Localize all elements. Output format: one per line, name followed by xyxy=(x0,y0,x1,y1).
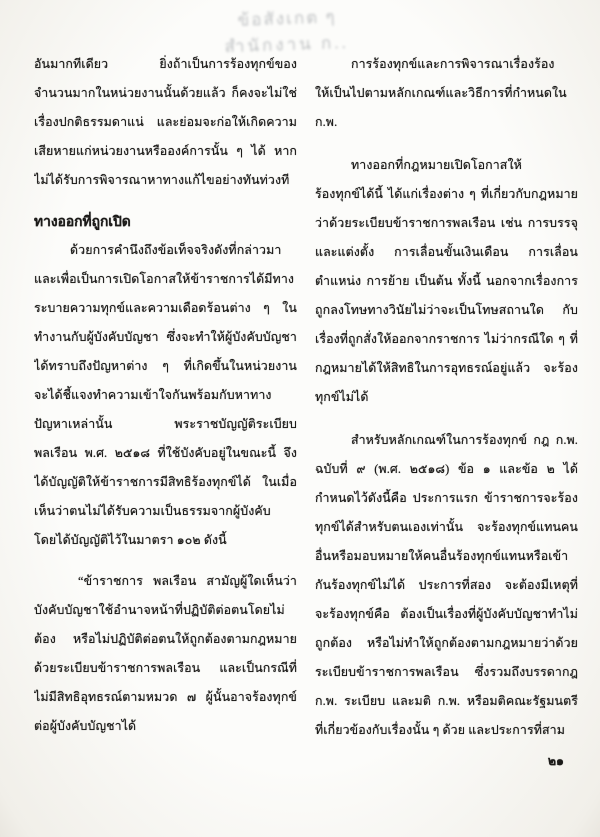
text-line: ไม่มีสิทธิอุทธรณ์ตามหมวด ๗ ผู้นั้นอาจร้อ… xyxy=(34,683,297,712)
text-line: ให้เป็นไปตามหลักเกณฑ์และวิธีการที่กำหนดใ… xyxy=(315,79,578,108)
text-line: ตำแหน่ง การย้าย เป็นต้น ทั้งนี้ นอกจากเร… xyxy=(315,267,578,296)
text-line: กันร้องทุกข์ไม่ได้ ประการที่สอง จะต้องมี… xyxy=(315,571,578,600)
text-line: เรื่องปกติธรรมดาแน่ และย่อมจะก่อให้เกิดค… xyxy=(34,108,297,137)
text-line: บังคับบัญชาใช้อำนาจหน้าที่ปฏิบัติต่อตนโด… xyxy=(34,596,297,625)
text-line: ที่เกี่ยวข้องกับเรื่องนั้น ๆ ด้วย และประ… xyxy=(315,716,578,745)
text-line: อันมากทีเดียว ยิ่งถ้าเป็นการร้องทุกข์ของ… xyxy=(34,50,297,79)
text-line: ทางออกที่กฎหมายเปิดโอกาสให้ข้าราชการ xyxy=(315,151,578,180)
left-column: อันมากทีเดียว ยิ่งถ้าเป็นการร้องทุกข์ของ… xyxy=(34,50,297,745)
text-line: การร้องทุกข์และการพิจารณาเรื่องร้องทุกข์ xyxy=(315,50,578,79)
text-line: กฎหมายได้ให้สิทธิในการอุทธรณ์อยู่แล้ว จะ… xyxy=(315,354,578,383)
text-line: ด้วยการคำนึงถึงข้อเท็จจริงดังที่กล่าวมาน… xyxy=(34,236,297,265)
document-page: ข้อสังเกต ๆ สำนักงาน ก.. อันมากทีเดียว ย… xyxy=(0,0,600,837)
text-line: ก.พ. xyxy=(315,108,578,137)
handwriting-line: ข้อสังเกต ๆ xyxy=(237,0,458,34)
text-line: ระบายความทุกข์และความเดือดร้อนต่าง ๆ ในก… xyxy=(34,294,297,323)
paragraph-criteria: สำหรับหลักเกณฑ์ในการร้องทุกข์ กฎ ก.พ.ฉบั… xyxy=(315,426,578,745)
text-line: จะร้องทุกข์คือ ต้องเป็นเรื่องที่ผู้บังคั… xyxy=(315,600,578,629)
text-line: ระเบียบข้าราชการพลเรือน ซึ่งรวมถึงบรรดาก… xyxy=(315,658,578,687)
text-line: กำหนดไว้ดังนี้คือ ประการแรก ข้าราชการจะร… xyxy=(315,484,578,513)
text-line: ร้องทุกข์ได้นี้ ได้แก่เรื่องต่าง ๆ ที่เก… xyxy=(315,180,578,209)
two-column-body: อันมากทีเดียว ยิ่งถ้าเป็นการร้องทุกข์ของ… xyxy=(34,50,578,745)
text-line: ถูกลงโทษทางวินัยไม่ว่าจะเป็นโทษสถานใด กั… xyxy=(315,296,578,325)
text-line: ได้ทราบถึงปัญหาต่าง ๆ ที่เกิดขึ้นในหน่วย… xyxy=(34,352,297,381)
text-line: และเพื่อเป็นการเปิดโอกาสให้ข้าราชการได้ม… xyxy=(34,265,297,294)
text-line: เสียหายแก่หน่วยงานหรือองค์การนั้น ๆ ได้ … xyxy=(34,137,297,166)
right-column: การร้องทุกข์และการพิจารณาเรื่องร้องทุกข์… xyxy=(315,50,578,745)
paragraph-statute-quote: “ข้าราชการ พลเรือน สามัญผู้ใดเห็นว่า ผู้… xyxy=(34,567,297,741)
paragraph-continuation: อันมากทีเดียว ยิ่งถ้าเป็นการร้องทุกข์ของ… xyxy=(34,50,297,195)
text-line: ทุกข์ได้สำหรับตนเองเท่านั้น จะร้องทุกข์แ… xyxy=(315,513,578,542)
text-line: ถูกต้อง หรือไม่ทำให้ถูกต้องตามกฎหมายว่าด… xyxy=(315,629,578,658)
text-line: ว่าด้วยระเบียบข้าราชการพลเรือน เช่น การบ… xyxy=(315,209,578,238)
text-line: เห็นว่าตนไม่ได้รับความเป็นธรรมจากผู้บังค… xyxy=(34,497,297,526)
paragraph-rule: การร้องทุกข์และการพิจารณาเรื่องร้องทุกข์… xyxy=(315,50,578,137)
text-line: จะได้ชี้แจงทำความเข้าใจกันพร้อมกับหาทางแ… xyxy=(34,381,297,410)
text-line: ไม่ได้รับการพิจารณาหาทางแก้ไขอย่างทันท่ว… xyxy=(34,166,297,195)
text-line: ปัญหาเหล่านั้น พระราชบัญญัติระเบียบข้ารา… xyxy=(34,410,297,439)
text-line: เรื่องที่ถูกสั่งให้ออกจากราชการ ไม่ว่ากร… xyxy=(315,325,578,354)
text-line: ฉบับที่ ๙ (พ.ศ. ๒๕๑๘) ข้อ ๑ และข้อ ๒ ได้ xyxy=(315,455,578,484)
paragraph-scope: ทางออกที่กฎหมายเปิดโอกาสให้ข้าราชการร้อง… xyxy=(315,151,578,412)
text-line: ก.พ. ระเบียบ และมติ ก.พ. หรือมติคณะรัฐมน… xyxy=(315,687,578,716)
text-line: ทำงานกับผู้บังคับบัญชา ซึ่งจะทำให้ผู้บัง… xyxy=(34,323,297,352)
text-line: ทุกข์ไม่ได้ xyxy=(315,383,578,412)
text-line: จำนวนมากในหน่วยงานนั้นด้วยแล้ว ก็คงจะไม่… xyxy=(34,79,297,108)
text-line: ได้บัญญัติให้ข้าราชการมีสิทธิร้องทุกข์ได… xyxy=(34,468,297,497)
text-line: “ข้าราชการ พลเรือน สามัญผู้ใดเห็นว่า ผู้… xyxy=(34,567,297,596)
text-line: สำหรับหลักเกณฑ์ในการร้องทุกข์ กฎ ก.พ. xyxy=(315,426,578,455)
page-number: ๒๑ xyxy=(548,751,564,771)
text-line: ด้วยระเบียบข้าราชการพลเรือน และเป็นกรณีท… xyxy=(34,654,297,683)
section-heading: ทางออกที่ถูกเปิด xyxy=(34,207,297,236)
text-line: ต้อง หรือไม่ปฏิบัติต่อตนให้ถูกต้องตามกฎห… xyxy=(34,625,297,654)
paragraph-opening: ด้วยการคำนึงถึงข้อเท็จจริงดังที่กล่าวมาน… xyxy=(34,236,297,555)
text-line: พลเรือน พ.ศ. ๒๕๑๘ ที่ใช้บังคับอยู่ในขณะน… xyxy=(34,439,297,468)
text-line: อื่นหรือมอบหมายให้คนอื่นร้องทุกข์แทนหรือ… xyxy=(315,542,578,571)
text-line: และแต่งตั้ง การเลื่อนขั้นเงินเดือน การเล… xyxy=(315,238,578,267)
text-line: ต่อผู้บังคับบัญชาได้ xyxy=(34,712,297,741)
text-line: โดยได้บัญญัติไว้ในมาตรา ๑๐๒ ดังนี้ xyxy=(34,526,297,555)
